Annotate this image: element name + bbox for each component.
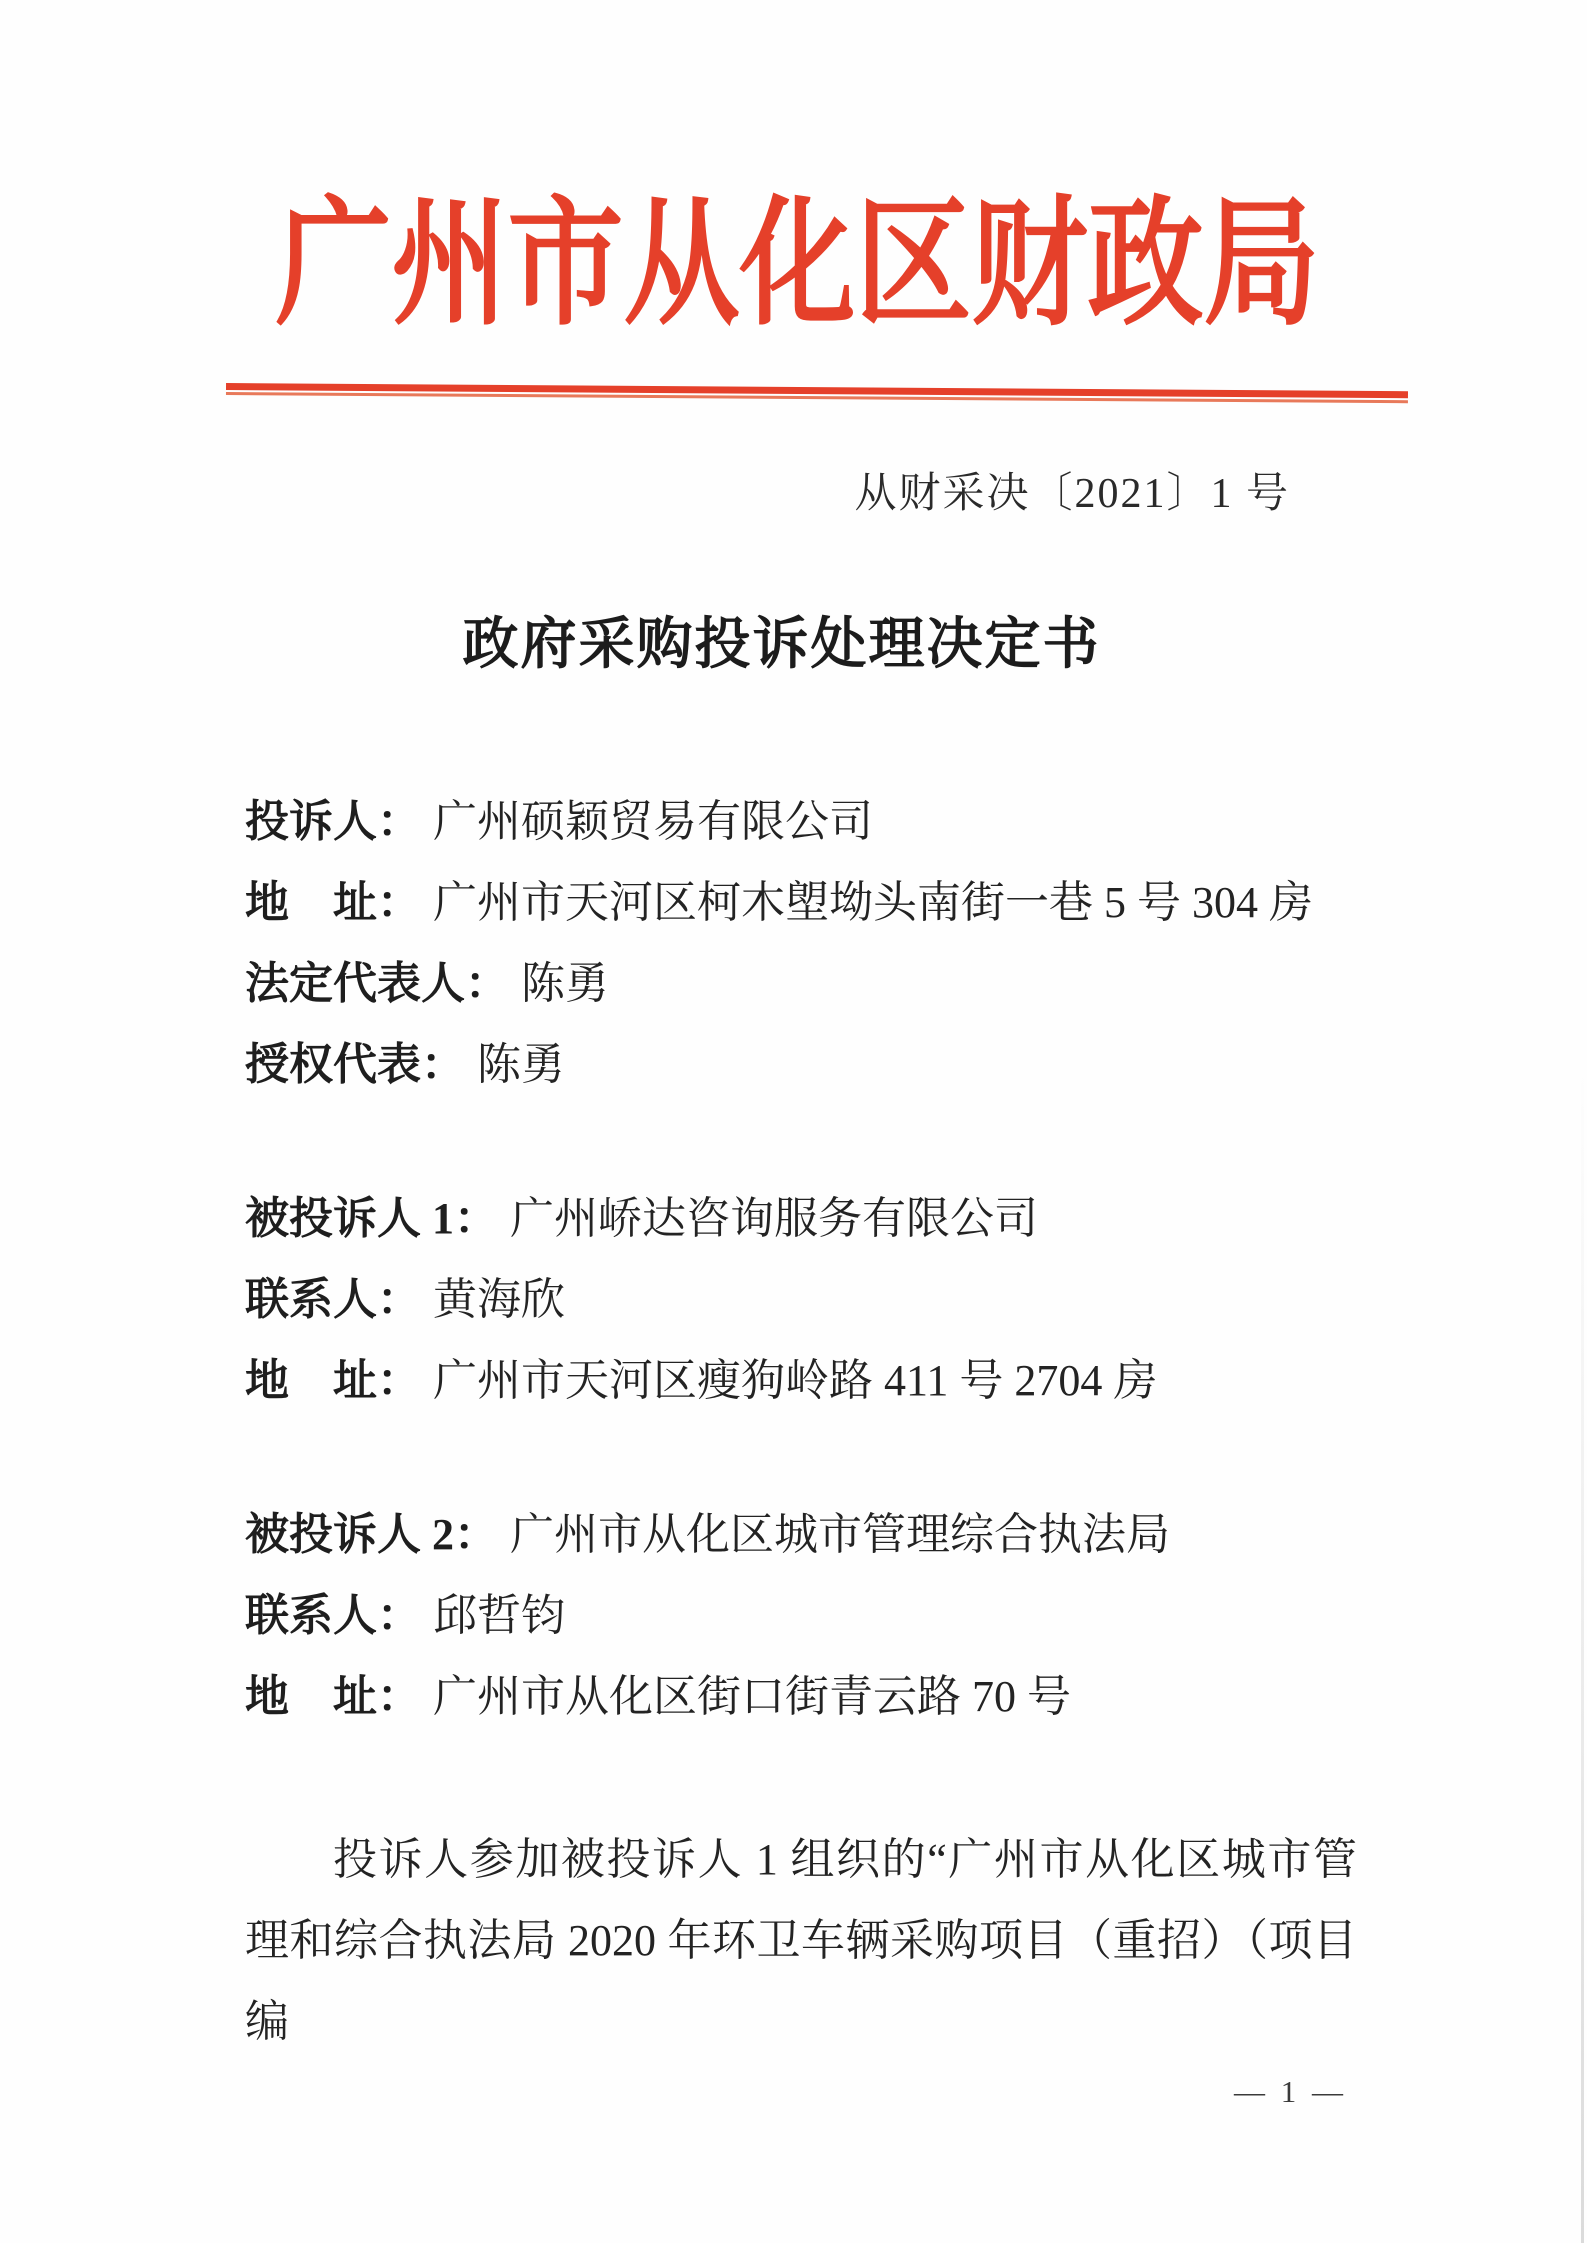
party-line: 被投诉人 1：广州峤达咨询服务有限公司 [245, 1178, 1357, 1259]
party-line-value: 广州市从化区街口街青云路 70 号 [433, 1672, 1071, 1721]
party-group-complainant: 投诉人：广州硕颖贸易有限公司 地 址：广州市天河区柯木塱坳头南街一巷 5 号 3… [245, 781, 1357, 1105]
party-line-value: 邱哲钧 [433, 1591, 565, 1640]
document-reference-number: 从财采决〔2021〕1 号 [854, 468, 1290, 520]
party-line-label: 授权代表： [245, 1040, 465, 1089]
letterhead-agency-name: 广州市从化区财政局 [4, 176, 1587, 356]
party-line-value: 黄海欣 [433, 1275, 565, 1324]
party-line-value: 广州市天河区瘦狗岭路 411 号 2704 房 [433, 1356, 1157, 1405]
party-line: 联系人：黄海欣 [245, 1259, 1357, 1340]
party-line: 授权代表：陈勇 [245, 1024, 1357, 1105]
party-line-label: 被投诉人 2： [245, 1510, 498, 1559]
party-line: 投诉人：广州硕颖贸易有限公司 [245, 781, 1357, 862]
document-title: 政府采购投诉处理决定书 [0, 610, 1575, 680]
party-line: 联系人：邱哲钧 [245, 1575, 1357, 1656]
party-line-value: 陈勇 [477, 1040, 565, 1089]
letterhead-rule [226, 383, 1408, 403]
party-line: 法定代表人：陈勇 [245, 943, 1357, 1024]
party-line-value: 广州硕颖贸易有限公司 [433, 797, 873, 846]
party-line: 被投诉人 2：广州市从化区城市管理综合执法局 [245, 1494, 1357, 1575]
party-line-value: 陈勇 [521, 959, 609, 1008]
party-line-label: 投诉人： [245, 797, 421, 846]
party-group-respondent-1: 被投诉人 1：广州峤达咨询服务有限公司 联系人：黄海欣 地 址：广州市天河区瘦狗… [245, 1178, 1357, 1421]
party-line: 地 址：广州市天河区瘦狗岭路 411 号 2704 房 [245, 1340, 1357, 1421]
party-line-label: 被投诉人 1： [245, 1194, 498, 1243]
party-line-label: 联系人： [245, 1275, 421, 1324]
body-paragraph: 投诉人参加被投诉人 1 组织的“广州市从化区城市管理和综合执法局 2020 年环… [245, 1819, 1357, 2062]
party-line-value: 广州市天河区柯木塱坳头南街一巷 5 号 304 房 [433, 878, 1313, 927]
party-line-value: 广州市从化区城市管理综合执法局 [510, 1510, 1170, 1559]
party-line-label: 地 址： [245, 1356, 421, 1405]
page-number: — 1 — [1234, 2074, 1347, 2110]
document-body: 投诉人：广州硕颖贸易有限公司 地 址：广州市天河区柯木塱坳头南街一巷 5 号 3… [245, 781, 1357, 2062]
party-line-label: 联系人： [245, 1591, 421, 1640]
scan-edge-artifact [1581, 1060, 1584, 2243]
party-line: 地 址：广州市从化区街口街青云路 70 号 [245, 1656, 1357, 1737]
party-line-label: 地 址： [245, 1672, 421, 1721]
party-line-label: 法定代表人： [245, 959, 509, 1008]
party-line-label: 地 址： [245, 878, 421, 927]
party-line-value: 广州峤达咨询服务有限公司 [510, 1194, 1038, 1243]
party-group-respondent-2: 被投诉人 2：广州市从化区城市管理综合执法局 联系人：邱哲钧 地 址：广州市从化… [245, 1494, 1357, 1737]
document-page: { "document": { "letterhead": "广州市从化区财政局… [0, 0, 1587, 2243]
party-line: 地 址：广州市天河区柯木塱坳头南街一巷 5 号 304 房 [245, 862, 1357, 943]
